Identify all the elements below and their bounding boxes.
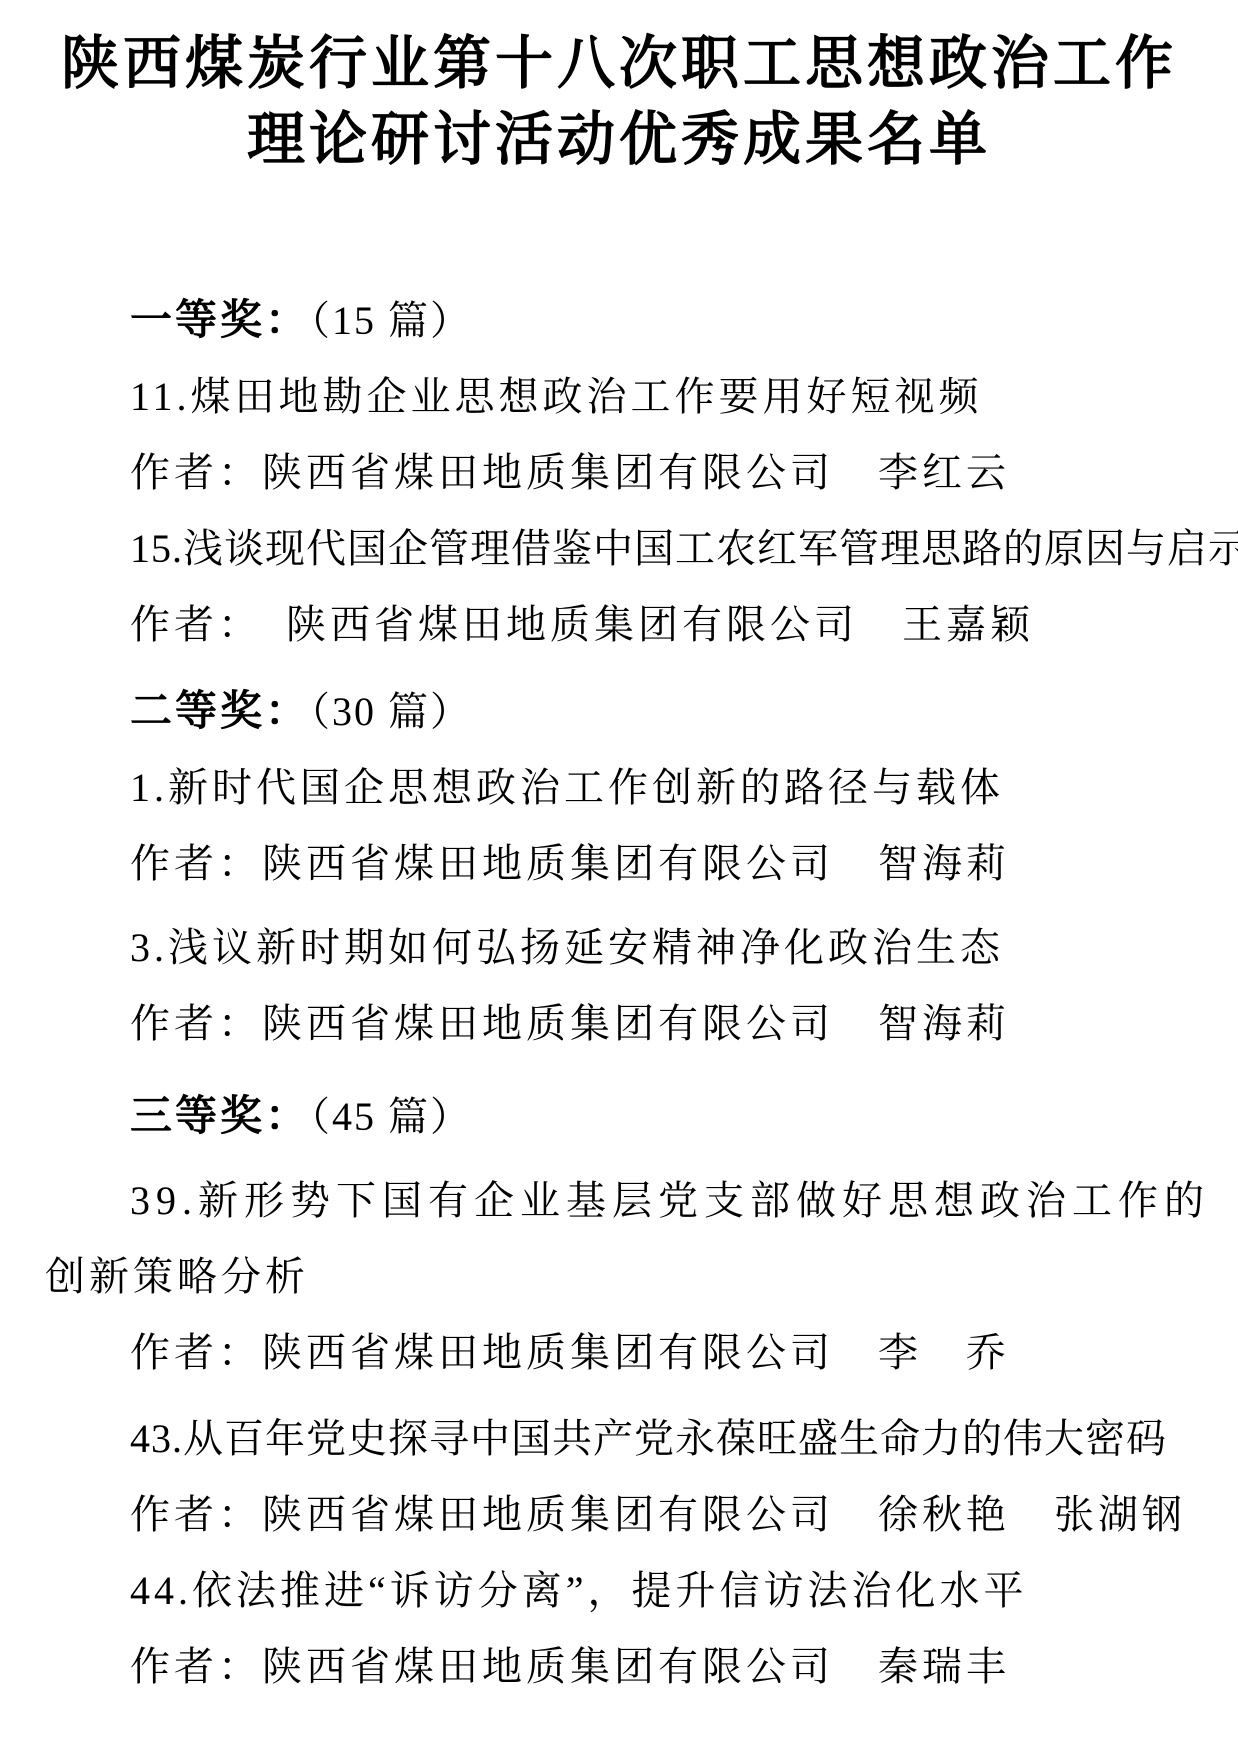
entry-title-3: 3.浅议新时期如何弘扬延安精神净化政治生态	[0, 910, 1238, 986]
document-page: 陕西煤炭行业第十八次职工思想政治工作 理论研讨活动优秀成果名单 一等奖：（15 …	[0, 0, 1238, 1748]
entry-author-44: 作者：陕西省煤田地质集团有限公司 秦瑞丰	[0, 1629, 1238, 1705]
award-heading-second-prize-label: 二等奖：	[130, 687, 310, 734]
award-heading-third-prize: 三等奖：（45 篇）	[0, 1078, 1238, 1155]
document-title-line-1: 陕西煤炭行业第十八次职工思想政治工作	[0, 26, 1238, 102]
entry-author-43: 作者：陕西省煤田地质集团有限公司 徐秋艳 张湖钢	[0, 1477, 1238, 1553]
entry-author-3: 作者：陕西省煤田地质集团有限公司 智海莉	[0, 986, 1238, 1062]
entry-title-44: 44.依法推进“诉访分离”，提升信访法治化水平	[0, 1553, 1238, 1629]
entry-title-11: 11.煤田地勘企业思想政治工作要用好短视频	[0, 359, 1238, 435]
award-heading-third-prize-label: 三等奖：	[130, 1092, 310, 1139]
award-heading-third-prize-count: （45 篇）	[310, 1094, 472, 1139]
entry-author-39: 作者：陕西省煤田地质集团有限公司 李 乔	[0, 1315, 1238, 1391]
entry-title-39-line-2: 创新策略分析	[0, 1239, 1238, 1315]
entry-title-39-line-1: 39.新形势下国有企业基层党支部做好思想政治工作的	[0, 1163, 1238, 1239]
award-heading-second-prize-count: （30 篇）	[310, 689, 472, 734]
entry-title-43: 43.从百年党史探寻中国共产党永葆旺盛生命力的伟大密码	[0, 1401, 1238, 1477]
award-heading-first-prize: 一等奖：（15 篇）	[0, 282, 1238, 359]
award-heading-first-prize-label: 一等奖：	[130, 296, 310, 343]
document-title-line-2: 理论研讨活动优秀成果名单	[0, 102, 1238, 178]
entry-author-11: 作者：陕西省煤田地质集团有限公司 李红云	[0, 435, 1238, 511]
award-list: 一等奖：（15 篇） 11.煤田地勘企业思想政治工作要用好短视频 作者：陕西省煤…	[0, 282, 1238, 1705]
award-heading-second-prize: 二等奖：（30 篇）	[0, 673, 1238, 750]
document-title: 陕西煤炭行业第十八次职工思想政治工作 理论研讨活动优秀成果名单	[0, 26, 1238, 178]
entry-title-15: 15.浅谈现代国企管理借鉴中国工农红军管理思路的原因与启示	[0, 511, 1238, 587]
award-heading-first-prize-count: （15 篇）	[310, 298, 472, 343]
entry-title-1: 1.新时代国企思想政治工作创新的路径与载体	[0, 750, 1238, 826]
entry-author-1: 作者：陕西省煤田地质集团有限公司 智海莉	[0, 826, 1238, 902]
entry-author-15: 作者： 陕西省煤田地质集团有限公司 王嘉颖	[0, 587, 1238, 663]
